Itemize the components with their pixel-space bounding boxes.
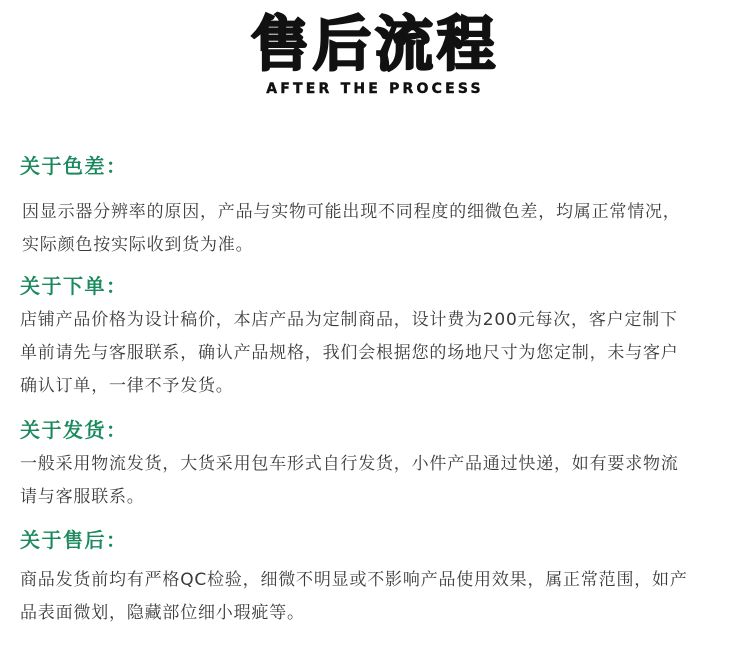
section-heading: 关于发货：: [20, 418, 128, 442]
body-line: 实际颜色按实际收到货为准。: [22, 229, 742, 262]
page-subtitle: AFTER THE PROCESS: [0, 80, 750, 98]
section-heading: 关于色差：: [20, 154, 128, 178]
body-line: 确认订单，一律不予发货。: [20, 370, 740, 403]
body-line: 单前请先与客服联系，确认产品规格，我们会根据您的场地尺寸为您定制，未与客户: [20, 337, 740, 370]
body-line: 店铺产品价格为设计稿价，本店产品为定制商品，设计费为200元每次，客户定制下: [20, 304, 740, 337]
body-line: 请与客服联系。: [20, 481, 740, 514]
page-title: 售后流程: [0, 11, 750, 76]
section-body: 店铺产品价格为设计稿价，本店产品为定制商品，设计费为200元每次，客户定制下 单…: [20, 304, 740, 403]
section-heading: 关于售后：: [20, 528, 128, 552]
section-body: 一般采用物流发货，大货采用包车形式自行发货，小件产品通过快递，如有要求物流 请与…: [20, 448, 740, 514]
body-line: 商品发货前均有严格QC检验，细微不明显或不影响产品使用效果，属正常范围，如产: [20, 564, 740, 597]
body-line: 品表面微划，隐藏部位细小瑕疵等。: [20, 597, 740, 630]
body-line: 因显示器分辨率的原因，产品与实物可能出现不同程度的细微色差，均属正常情况，: [22, 196, 742, 229]
body-line: 一般采用物流发货，大货采用包车形式自行发货，小件产品通过快递，如有要求物流: [20, 448, 740, 481]
page-header: 售后流程 AFTER THE PROCESS: [0, 0, 750, 110]
section-body: 商品发货前均有严格QC检验，细微不明显或不影响产品使用效果，属正常范围，如产 品…: [20, 564, 740, 630]
section-body: 因显示器分辨率的原因，产品与实物可能出现不同程度的细微色差，均属正常情况， 实际…: [22, 196, 742, 262]
section-heading: 关于下单：: [20, 274, 128, 298]
